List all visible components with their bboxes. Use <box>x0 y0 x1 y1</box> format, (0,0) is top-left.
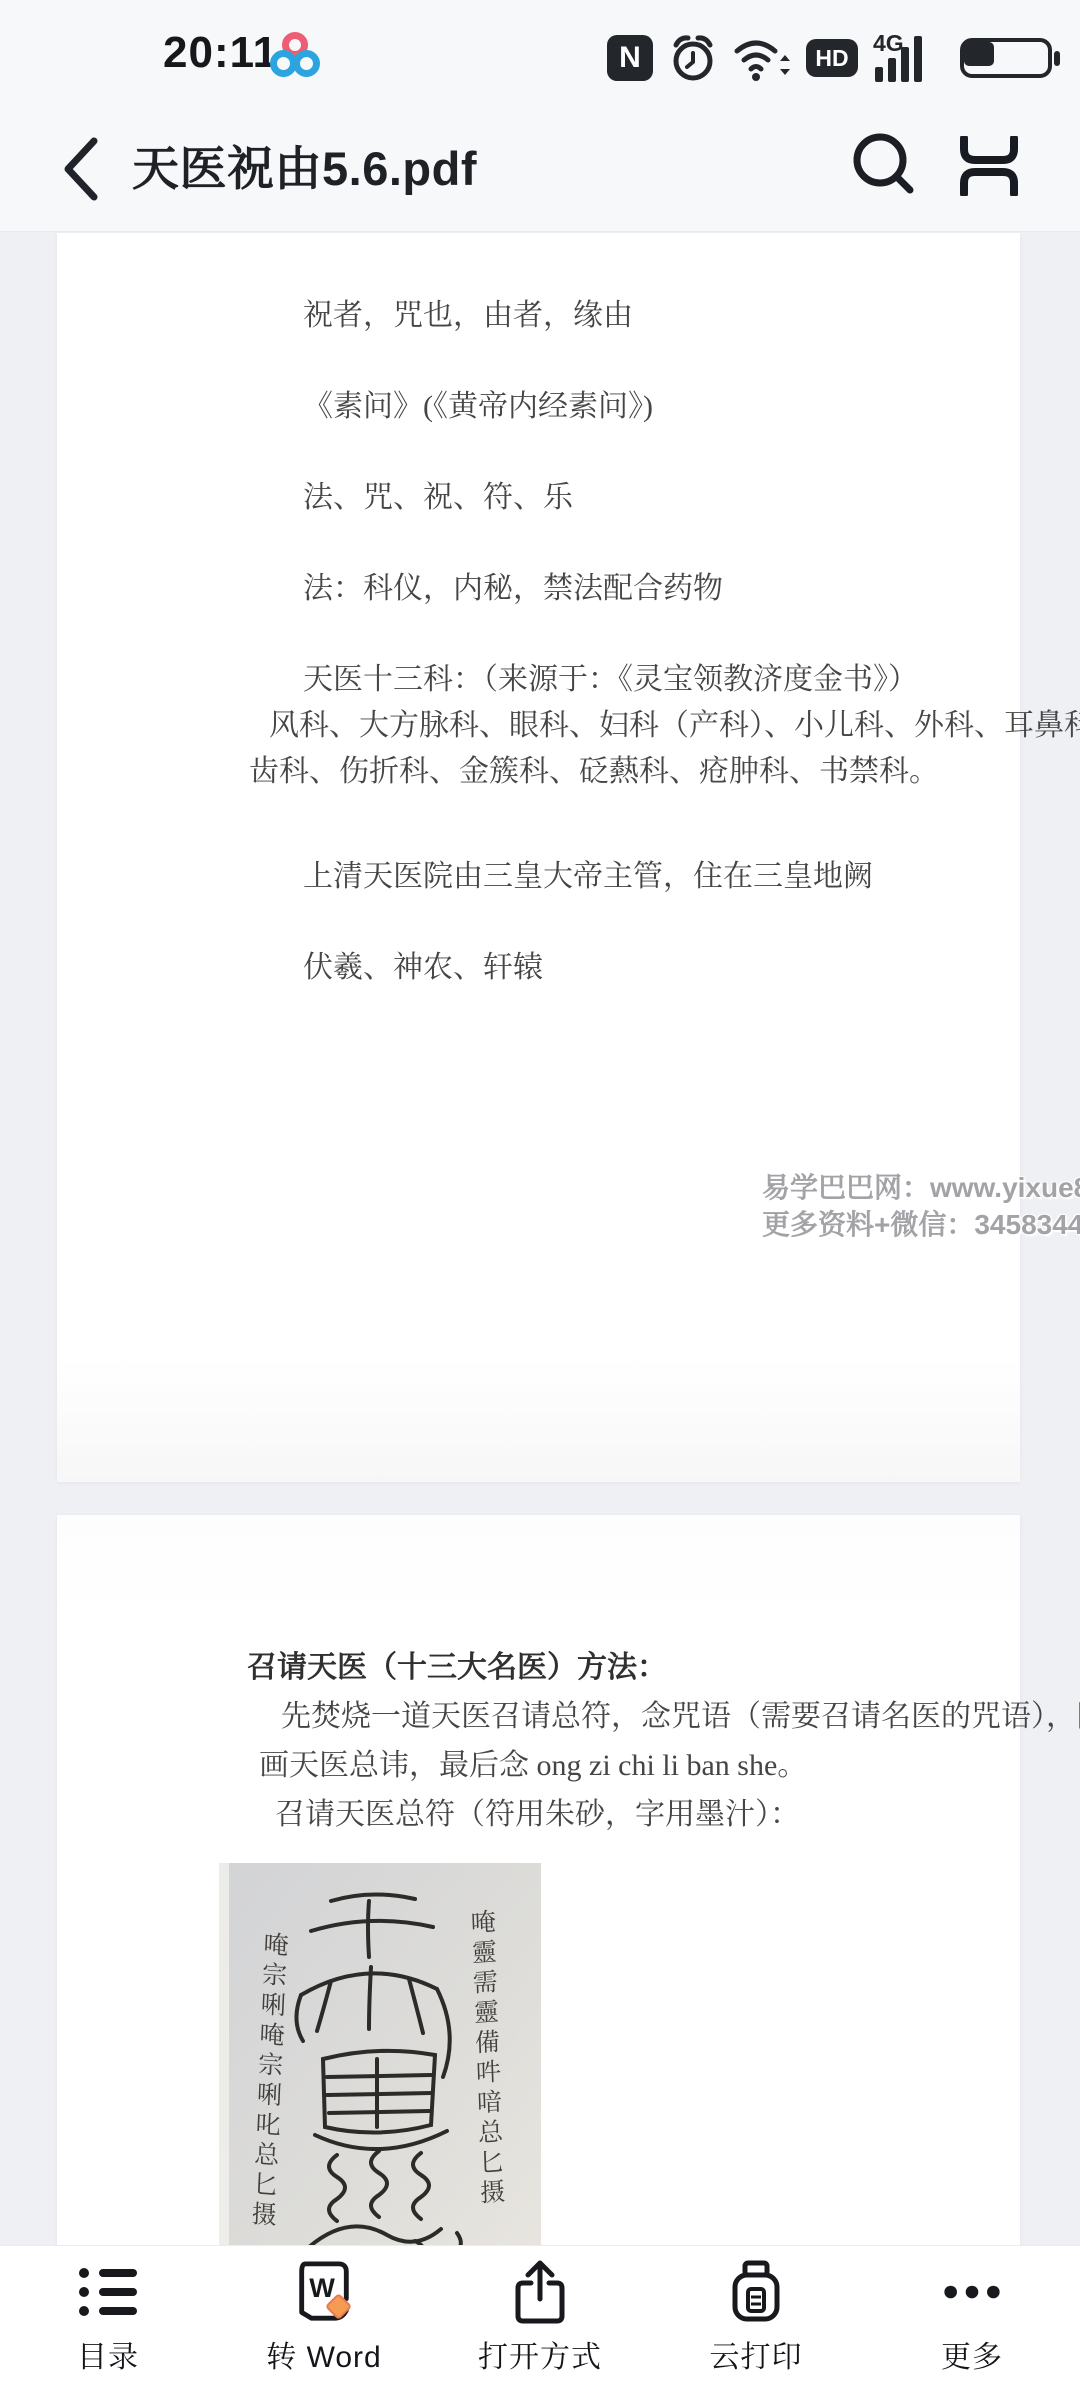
toolbar-label: 转 Word <box>266 2332 381 2376</box>
doc-paragraph: 先焚烧一道天医召请总符，念咒语（需要召请名医的咒语），同时虚 <box>207 1692 960 1741</box>
wifi-icon <box>733 33 791 83</box>
toolbar-item-cloud-print[interactable]: 云打印 <box>648 2246 864 2400</box>
doc-paragraph: 风科、大方脉科、眼科、妇科（产科）、小儿科、外科、耳鼻科、口 <box>207 703 960 749</box>
doc-paragraph: 祝者，咒也，由者，缘由 <box>207 293 960 339</box>
back-button[interactable] <box>56 134 108 204</box>
watermark-line: 易学巴巴网：www.yixue88.cn <box>762 1169 1080 1206</box>
back-chevron-icon <box>56 134 108 204</box>
talisman-photo: 唵宗唎唵宗唎叱总匕摄 唵靈需靈備吽喑总匕摄 <box>219 1863 541 2285</box>
status-bar: 20:11 N HD 4G <box>0 0 1080 104</box>
toolbar-item-toc[interactable]: 目录 <box>0 2246 216 2400</box>
more-dots-icon <box>940 2264 1004 2320</box>
toolbar-item-more[interactable]: 更多 <box>864 2246 1080 2400</box>
document-title: 天医祝由5.6.pdf <box>132 132 477 199</box>
pdf-scroll-area[interactable]: 祝者，咒也，由者，缘由 《素问》(《黄帝内经素问》) 法、咒、祝、符、乐 法：科… <box>0 233 1080 2400</box>
reader-app-button[interactable] <box>956 136 1022 196</box>
hd-icon: HD <box>806 39 858 77</box>
alarm-clock-icon <box>668 33 718 83</box>
watermark-line: 更多资料+微信：3458344044 <box>762 1206 1080 1243</box>
toolbar-label: 目录 <box>77 2332 139 2376</box>
doc-paragraph: 画天医总讳，最后念 ong zi chi li ban she。 <box>207 1741 960 1790</box>
site-watermark: 易学巴巴网：www.yixue88.cn 更多资料+微信：3458344044 <box>762 1169 1080 1243</box>
toolbar-label: 打开方式 <box>478 2332 602 2376</box>
bottom-toolbar: 目录 W 转 Word 打开方式 <box>0 2245 1080 2400</box>
tri-ring-app-badge-icon <box>270 32 320 82</box>
doc-paragraph: 上清天医院由三皇大帝主管，住在三皇地阙 <box>207 854 960 900</box>
list-icon <box>77 2264 139 2320</box>
doc-paragraph: 伏羲、神农、轩辕 <box>207 945 960 991</box>
doc-paragraph: 召请天医总符（符用朱砂，字用墨汁）： <box>207 1790 960 1839</box>
search-icon <box>850 130 918 198</box>
top-chrome: 20:11 N HD 4G <box>0 0 1080 232</box>
status-icons: N HD 4G <box>607 30 1064 86</box>
toolbar-label: 云打印 <box>710 2332 803 2376</box>
doc-paragraph: 法：科仪，内秘，禁法配合药物 <box>207 566 960 612</box>
battery-icon <box>960 36 1064 80</box>
4g-signal-icon: 4G <box>873 32 945 84</box>
nfc-icon: N <box>607 35 653 81</box>
search-button[interactable] <box>850 130 918 198</box>
doc-paragraph: 齿科、伤折科、金簇科、砭爇科、疮肿科、书禁科。 <box>207 749 960 795</box>
document-header: 天医祝由5.6.pdf <box>0 104 1080 230</box>
word-doc-icon: W <box>292 2259 356 2325</box>
doc-paragraph: 法、咒、祝、符、乐 <box>207 475 960 521</box>
svg-text:W: W <box>309 2272 335 2303</box>
printer-icon <box>725 2259 787 2325</box>
toolbar-item-to-word[interactable]: W 转 Word <box>216 2246 432 2400</box>
clock-time: 20:11 <box>163 28 278 78</box>
toolbar-label: 更多 <box>941 2332 1003 2376</box>
pdf-page-1: 祝者，咒也，由者，缘由 《素问》(《黄帝内经素问》) 法、咒、祝、符、乐 法：科… <box>57 233 1020 1482</box>
doc-heading: 召请天医（十三大名医）方法： <box>207 1643 960 1692</box>
reader-app-logo-icon <box>956 136 1022 196</box>
share-up-icon <box>509 2259 571 2325</box>
toolbar-item-open-with[interactable]: 打开方式 <box>432 2246 648 2400</box>
doc-paragraph: 《素问》(《黄帝内经素问》) <box>207 384 960 430</box>
doc-paragraph: 天医十三科：（来源于：《灵宝领教济度金书》） <box>207 657 960 703</box>
